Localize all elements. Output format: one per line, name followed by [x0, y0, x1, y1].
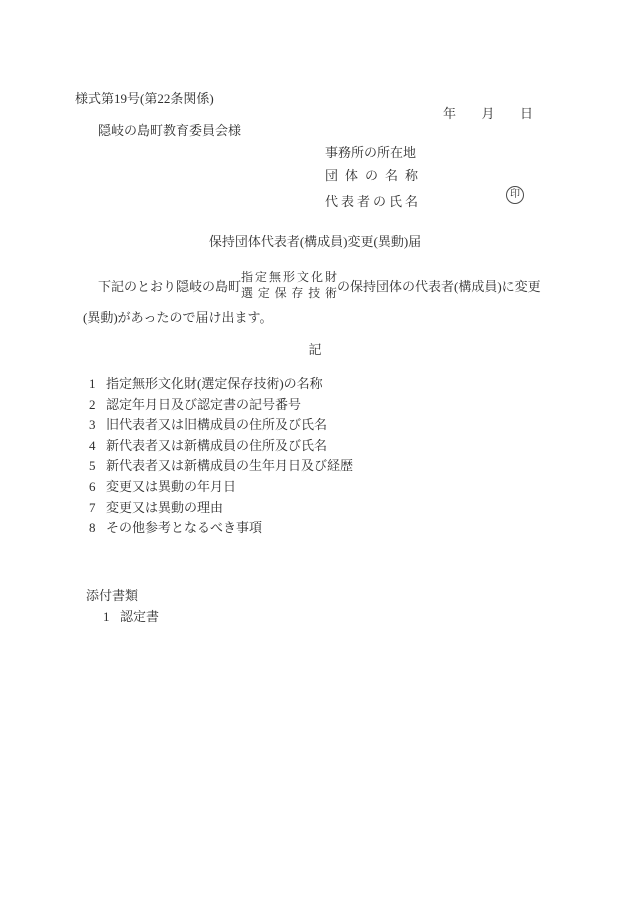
list-item-number: 3 [89, 415, 106, 436]
body-paragraph-line1: 下記のとおり隠岐の島町 指定無形文化財 選定保存技術 の保持団体の代表者(構成員… [98, 269, 541, 302]
seal-character: 印 [510, 190, 520, 200]
representative-name-label: 代表者の氏名 [325, 191, 421, 210]
list-item-number: 6 [89, 477, 106, 498]
list-item: 8その他参考となるべき事項 [89, 518, 353, 539]
list-item-text: 変更又は異動の年月日 [106, 479, 236, 494]
attachment-item: 1認定書 [103, 606, 159, 625]
list-item: 4新代表者又は新構成員の住所及び氏名 [89, 436, 353, 457]
list-item: 5新代表者又は新構成員の生年月日及び経歴 [89, 456, 353, 477]
designation-fraction: 指定無形文化財 選定保存技術 [241, 270, 337, 301]
fraction-bottom: 選定保存技術 [241, 286, 337, 302]
list-item-text: 指定無形文化財(選定保存技術)の名称 [106, 376, 323, 391]
date-month-label: 月 [481, 103, 494, 122]
list-item: 2認定年月日及び認定書の記号番号 [89, 395, 353, 416]
document-title: 保持団体代表者(構成員)変更(異動)届 [0, 231, 630, 250]
date-line: 年 月 日 [443, 103, 533, 122]
list-item: 1指定無形文化財(選定保存技術)の名称 [89, 374, 353, 395]
list-item-text: 認定年月日及び認定書の記号番号 [106, 397, 301, 412]
document-page: 様式第19号(第22条関係) 年 月 日 隠岐の島町教育委員会様 事務所の所在地… [0, 0, 630, 915]
fraction-top: 指定無形文化財 [241, 270, 337, 286]
list-item-text: 旧代表者又は旧構成員の住所及び氏名 [106, 417, 327, 432]
attachment-item-text: 認定書 [120, 609, 159, 624]
addressee: 隠岐の島町教育委員会様 [98, 120, 241, 139]
list-item: 3旧代表者又は旧構成員の住所及び氏名 [89, 415, 353, 436]
date-day-label: 日 [520, 103, 533, 122]
list-item-number: 7 [89, 498, 106, 519]
list-item-text: 変更又は異動の理由 [106, 500, 223, 515]
list-item-number: 2 [89, 395, 106, 416]
list-item-number: 1 [89, 374, 106, 395]
body-line1-before: 下記のとおり隠岐の島町 [98, 276, 241, 295]
ki-heading: 記 [0, 339, 630, 358]
item-list: 1指定無形文化財(選定保存技術)の名称 2認定年月日及び認定書の記号番号 3旧代… [89, 374, 353, 539]
list-item-number: 8 [89, 518, 106, 539]
organization-name-label: 団体の名称 [325, 165, 425, 184]
attachment-item-number: 1 [103, 609, 120, 625]
body-line1-after: の保持団体の代表者(構成員)に変更 [337, 276, 541, 295]
list-item: 7変更又は異動の理由 [89, 498, 353, 519]
office-location-label: 事務所の所在地 [325, 142, 416, 161]
list-item-text: 新代表者又は新構成員の生年月日及び経歴 [106, 458, 353, 473]
form-number: 様式第19号(第22条関係) [75, 88, 214, 107]
list-item: 6変更又は異動の年月日 [89, 477, 353, 498]
seal-icon: 印 [506, 186, 524, 204]
list-item-text: その他参考となるべき事項 [106, 520, 262, 535]
body-paragraph-line2: (異動)があったので届け出ます。 [83, 307, 273, 326]
list-item-text: 新代表者又は新構成員の住所及び氏名 [106, 438, 327, 453]
date-year-label: 年 [443, 103, 456, 122]
attachments-label: 添付書類 [86, 585, 138, 604]
list-item-number: 5 [89, 456, 106, 477]
list-item-number: 4 [89, 436, 106, 457]
